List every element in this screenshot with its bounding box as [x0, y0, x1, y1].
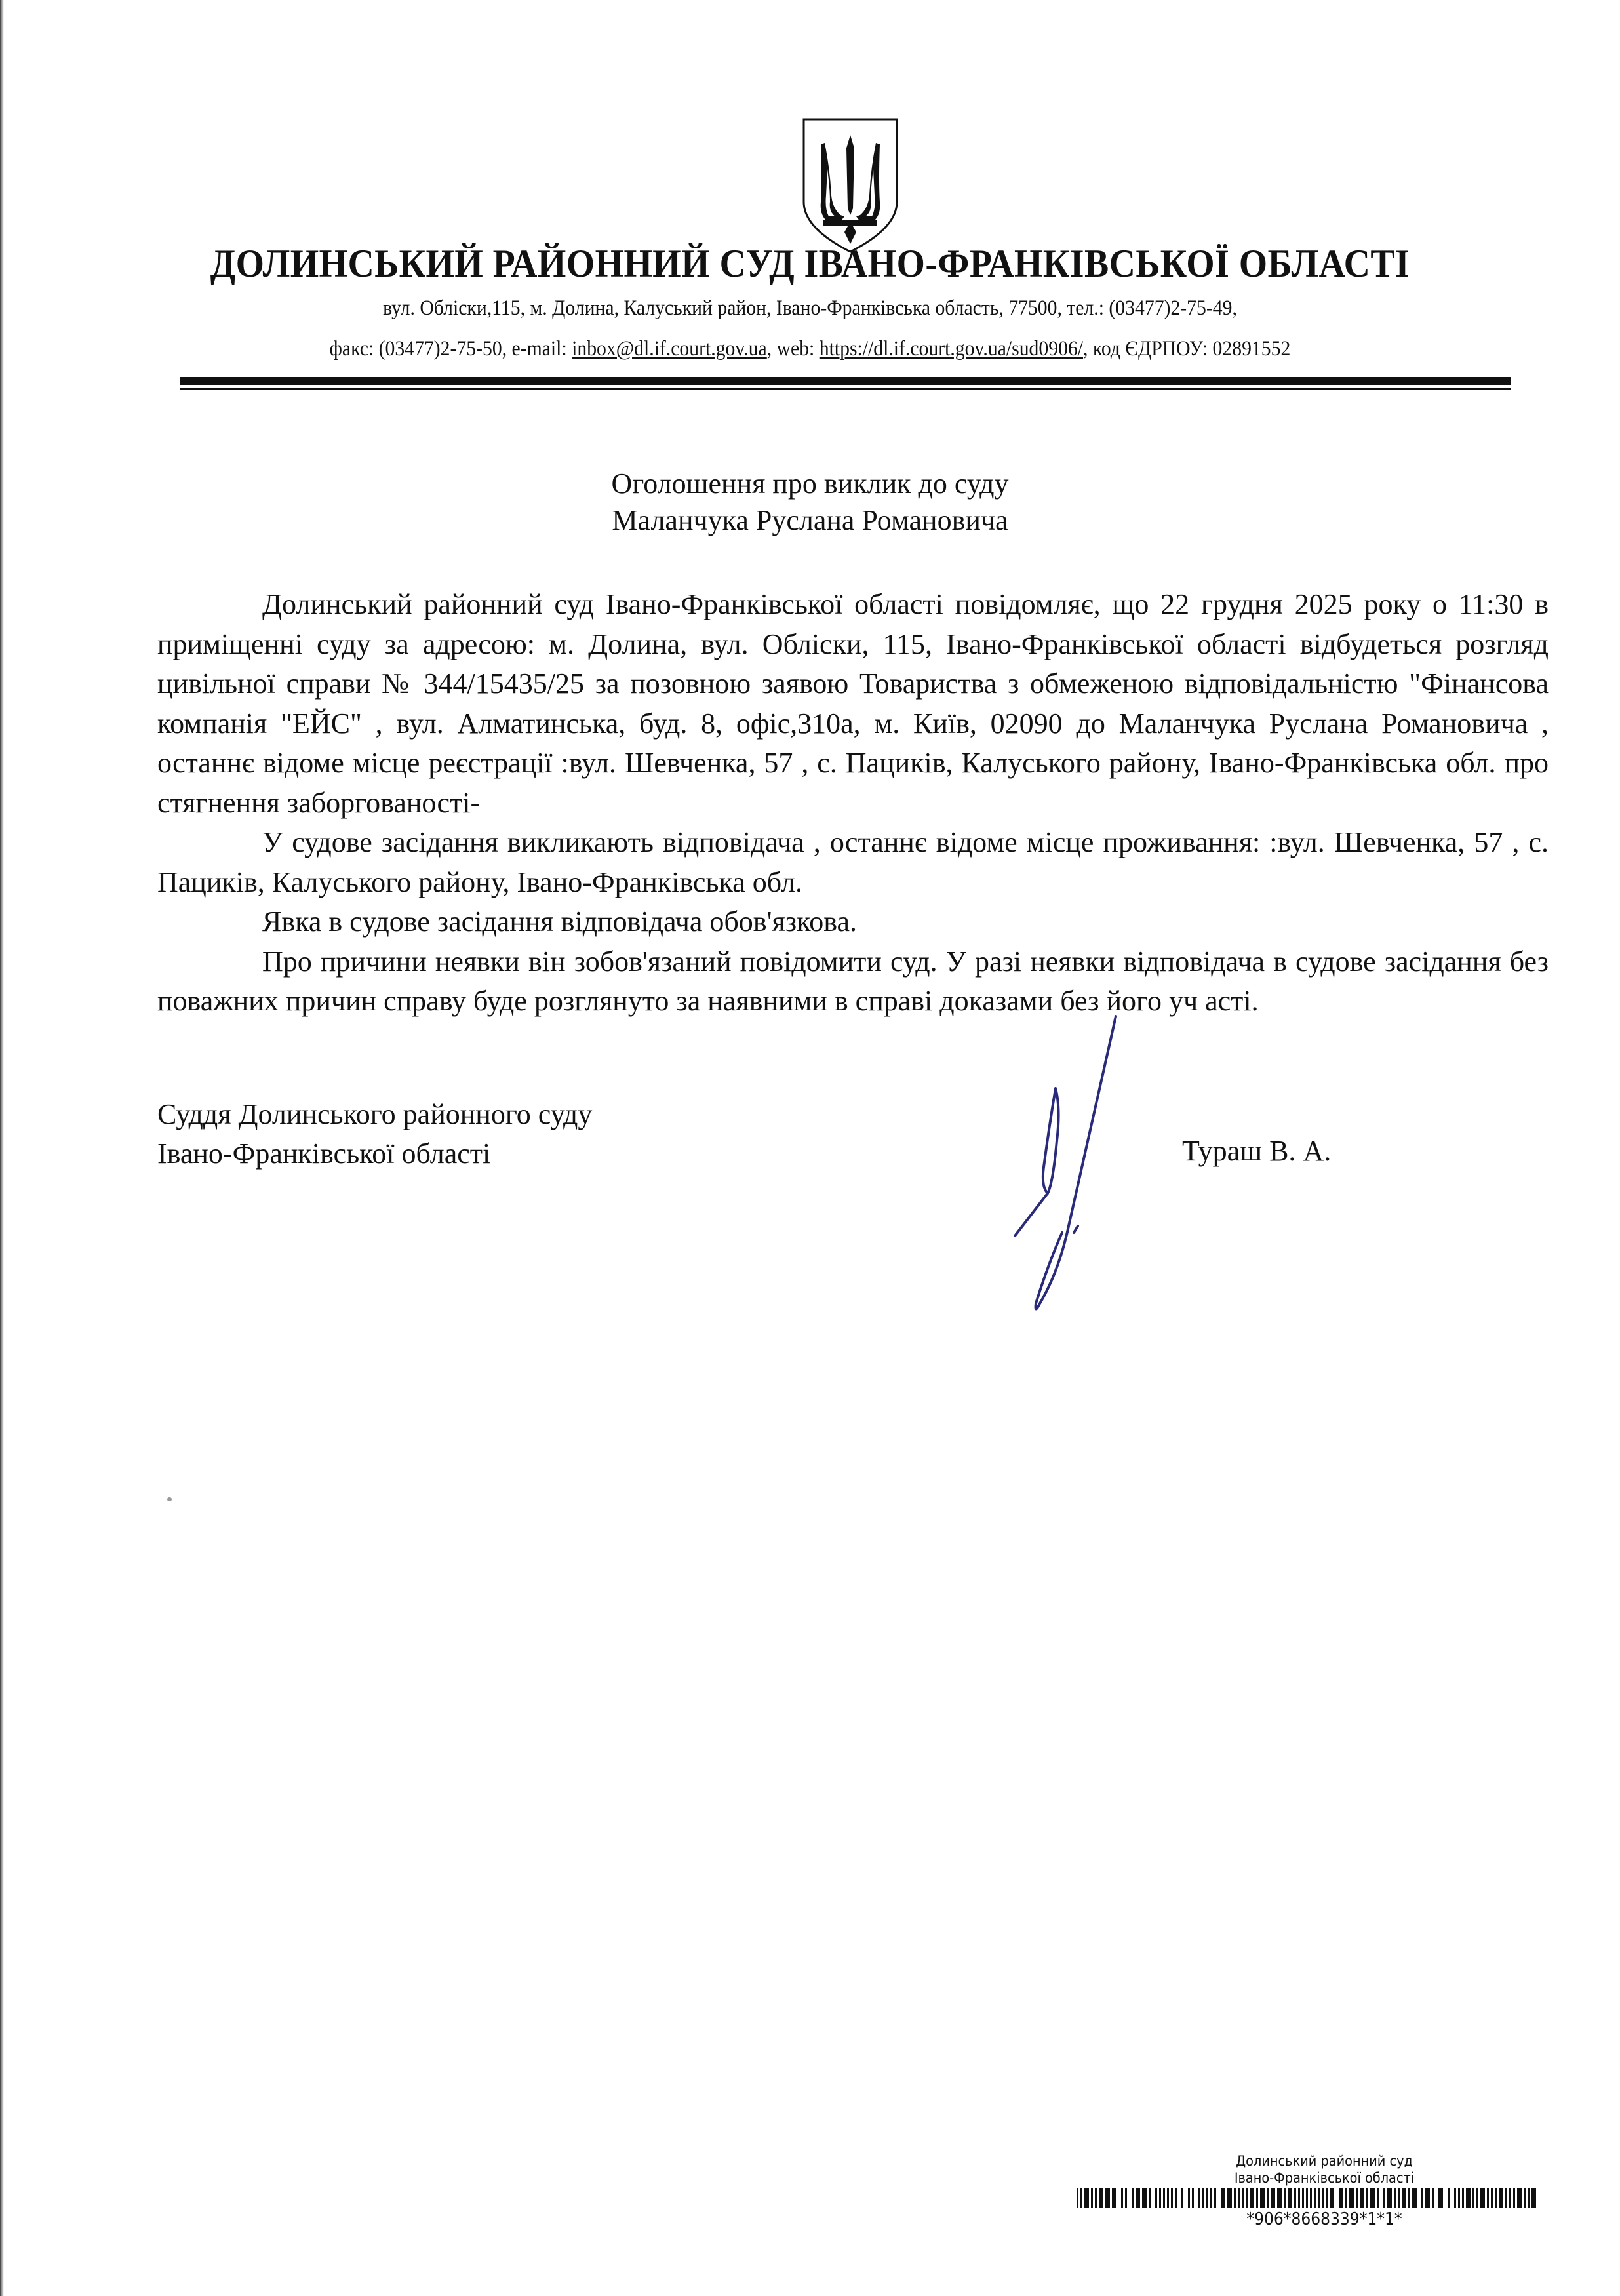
- barcode-bar: [1356, 2188, 1358, 2208]
- judge-position-line1: Суддя Долинського районного суду: [157, 1095, 592, 1134]
- barcode-bar: [1421, 2188, 1423, 2208]
- fax-text: факс: (03477)2-75-50, e-mail:: [330, 337, 572, 361]
- barcode-bar: [1284, 2188, 1286, 2208]
- barcode-bar: [1513, 2188, 1515, 2208]
- barcode-bar: [1322, 2188, 1324, 2208]
- barcode-bar: [1425, 2188, 1430, 2208]
- barcode-bar: [1227, 2188, 1232, 2208]
- header-divider-thin: [180, 388, 1511, 390]
- barcode-bar: [1330, 2188, 1334, 2208]
- header-divider-thick: [180, 377, 1511, 385]
- barcode-bar: [1175, 2188, 1177, 2208]
- coat-of-arms-icon: [801, 117, 899, 254]
- handwritten-signature-icon: [970, 1010, 1128, 1318]
- barcode-bar: [1256, 2188, 1258, 2208]
- barcode-bar: [1370, 2188, 1375, 2208]
- barcode-bar: [1267, 2188, 1269, 2208]
- barcode-bar: [1408, 2188, 1410, 2208]
- barcode-bar: [1112, 2188, 1116, 2208]
- scan-edge-shadow: [0, 0, 4, 2296]
- judge-name: Тураш В. А.: [1182, 1134, 1331, 1168]
- barcode-bar: [1277, 2188, 1282, 2208]
- barcode-bar: [1528, 2188, 1530, 2208]
- barcode-bar: [1387, 2188, 1392, 2208]
- barcode-bar: [1142, 2188, 1147, 2208]
- barcode-bar: [1339, 2188, 1343, 2208]
- defendant-name-heading: Маланчука Руслана Романовича: [0, 504, 1620, 537]
- paragraph-attendance: Явка в судове засідання відповідача обов…: [157, 902, 1549, 942]
- barcode-bar: [1432, 2188, 1434, 2208]
- barcode-bar: [1310, 2188, 1312, 2208]
- barcode-bar: [1077, 2188, 1078, 2208]
- barcode-bar: [1491, 2188, 1493, 2208]
- paragraph-summons: У судове засідання викликають відповідач…: [157, 823, 1549, 902]
- barcode-bar: [1318, 2188, 1320, 2208]
- barcode-bar: [1412, 2188, 1417, 2208]
- barcode-bar: [1167, 2188, 1169, 2208]
- barcode-bar: [1181, 2188, 1183, 2208]
- barcode-bar: [1149, 2188, 1151, 2208]
- barcode-bar: [1132, 2188, 1134, 2208]
- barcode-bar: [1402, 2188, 1406, 2208]
- barcode-bar: [1121, 2188, 1123, 2208]
- paragraph-hearing-details: Долинський районний суд Івано-Франківськ…: [157, 585, 1549, 823]
- barcode-bar: [1302, 2188, 1304, 2208]
- barcode-bar: [1125, 2188, 1127, 2208]
- barcode-bar: [1499, 2188, 1503, 2208]
- barcode-bar: [1105, 2188, 1110, 2208]
- barcode-bar: [1314, 2188, 1316, 2208]
- edrpou-code: , код ЄДРПОУ: 02891552: [1083, 337, 1290, 361]
- barcode-bar: [1250, 2188, 1254, 2208]
- barcode-bar: [1448, 2188, 1450, 2208]
- barcode-bar: [1524, 2188, 1526, 2208]
- court-contacts: факс: (03477)2-75-50, e-mail: inbox@dl.i…: [81, 337, 1539, 361]
- barcode-bar: [1136, 2188, 1140, 2208]
- barcode-bar: [1466, 2188, 1471, 2208]
- barcode-bar: [1517, 2188, 1522, 2208]
- barcode-bar: [1171, 2188, 1173, 2208]
- document-barcode: [1077, 2188, 1545, 2208]
- barcode-bar: [1221, 2188, 1225, 2208]
- barcode-bar: [1298, 2188, 1300, 2208]
- stamp-court-name: Долинський районний суд: [1204, 2152, 1445, 2170]
- barcode-bar: [1210, 2188, 1212, 2208]
- barcode-bar: [1462, 2188, 1464, 2208]
- barcode-bar: [1242, 2188, 1244, 2208]
- barcode-bar: [1531, 2188, 1536, 2208]
- website-link[interactable]: https://dl.if.court.gov.ua/sud0906/: [820, 337, 1083, 361]
- paragraph-absence-consequences: Про причини неявки він зобов'язаний пові…: [157, 942, 1549, 1021]
- barcode-bar: [1192, 2188, 1194, 2208]
- barcode-bar: [1206, 2188, 1208, 2208]
- barcode-number: *906*8668339*1*1*: [1206, 2209, 1442, 2229]
- barcode-bar: [1271, 2188, 1275, 2208]
- barcode-bar: [1495, 2188, 1497, 2208]
- stamp-region-name: Івано-Франківської області: [1204, 2169, 1445, 2187]
- barcode-bar: [1472, 2188, 1474, 2208]
- judge-position-line2: Івано-Франківської області: [157, 1134, 592, 1174]
- barcode-bar: [1326, 2188, 1328, 2208]
- barcode-bar: [1188, 2188, 1190, 2208]
- barcode-bar: [1163, 2188, 1165, 2208]
- barcode-bar: [1476, 2188, 1478, 2208]
- barcode-bar: [1159, 2188, 1161, 2208]
- barcode-bar: [1080, 2188, 1082, 2208]
- web-label: , web:: [767, 337, 820, 361]
- barcode-bar: [1345, 2188, 1347, 2208]
- barcode-bar: [1394, 2188, 1396, 2208]
- barcode-bar: [1214, 2188, 1216, 2208]
- barcode-bar: [1091, 2188, 1093, 2208]
- barcode-bar: [1454, 2188, 1456, 2208]
- email-link[interactable]: inbox@dl.if.court.gov.ua: [572, 337, 767, 361]
- barcode-bar: [1438, 2188, 1443, 2208]
- barcode-bar: [1084, 2188, 1089, 2208]
- barcode-bar: [1095, 2188, 1097, 2208]
- barcode-bar: [1234, 2188, 1236, 2208]
- barcode-bar: [1155, 2188, 1157, 2208]
- court-address: вул. Обліски,115, м. Долина, Калуський р…: [81, 296, 1539, 321]
- scan-speck: [167, 1497, 172, 1501]
- judge-position: Суддя Долинського районного суду Івано-Ф…: [157, 1095, 592, 1174]
- barcode-bar: [1246, 2188, 1248, 2208]
- barcode-bar: [1487, 2188, 1489, 2208]
- barcode-bar: [1383, 2188, 1385, 2208]
- notice-body: Долинський районний суд Івано-Франківськ…: [157, 585, 1549, 1021]
- barcode-bar: [1294, 2188, 1296, 2208]
- barcode-bar: [1360, 2188, 1364, 2208]
- barcode-bar: [1480, 2188, 1485, 2208]
- barcode-bar: [1198, 2188, 1200, 2208]
- barcode-bar: [1505, 2188, 1507, 2208]
- barcode-bar: [1509, 2188, 1511, 2208]
- barcode-bar: [1306, 2188, 1308, 2208]
- barcode-bar: [1377, 2188, 1379, 2208]
- barcode-bar: [1202, 2188, 1204, 2208]
- barcode-bar: [1099, 2188, 1103, 2208]
- barcode-bar: [1366, 2188, 1368, 2208]
- barcode-bar: [1458, 2188, 1460, 2208]
- barcode-bar: [1238, 2188, 1240, 2208]
- barcode-bar: [1398, 2188, 1400, 2208]
- barcode-bar: [1288, 2188, 1292, 2208]
- notice-title: Оголошення про виклик до суду: [0, 467, 1620, 500]
- court-name-title: ДОЛИНСЬКИЙ РАЙОННИЙ СУД ІВАНО-ФРАНКІВСЬК…: [56, 241, 1563, 287]
- barcode-bar: [1260, 2188, 1265, 2208]
- barcode-bar: [1349, 2188, 1354, 2208]
